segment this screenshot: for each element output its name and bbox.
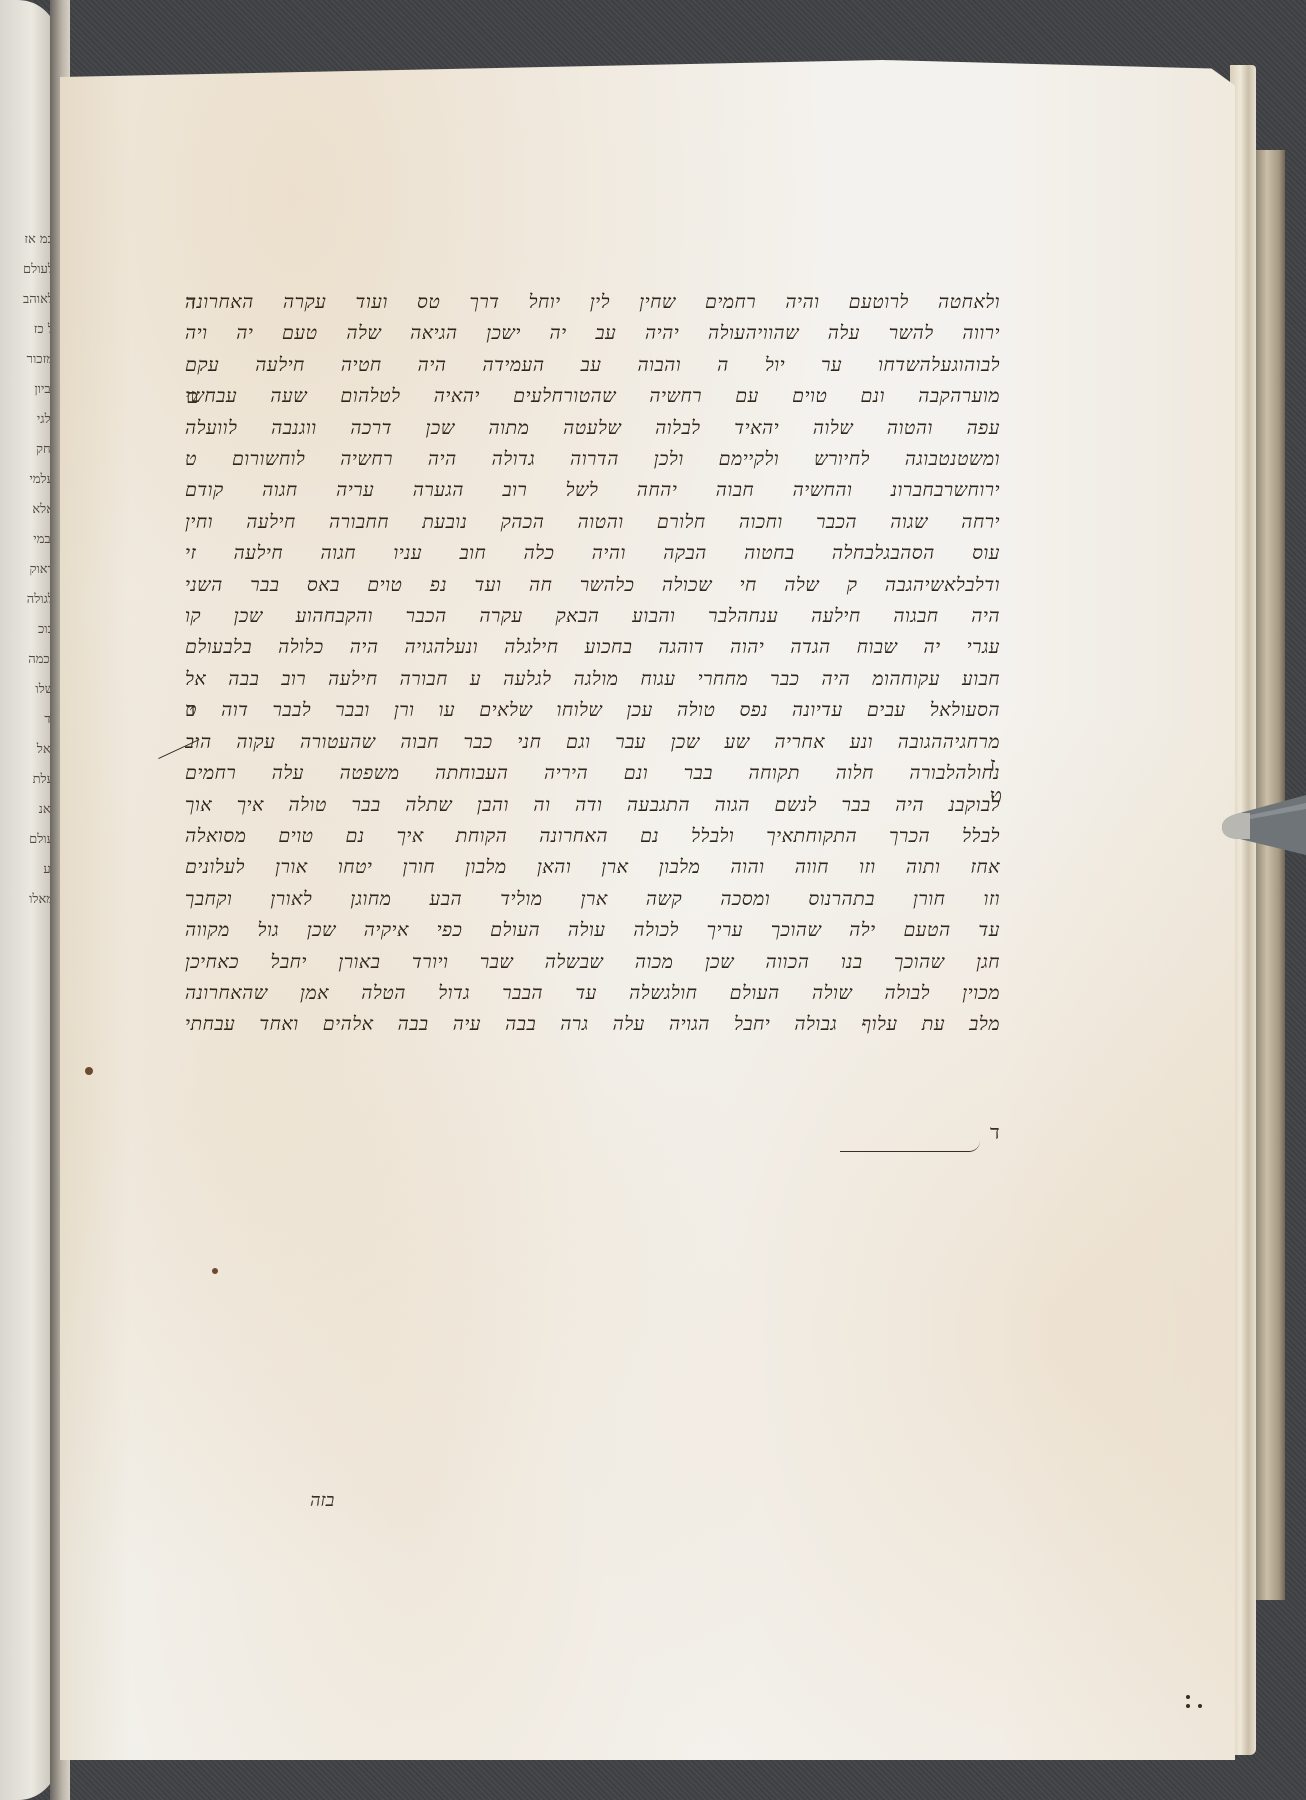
left-page-line: וביון	[2, 375, 54, 405]
left-page-line: ואל	[2, 735, 54, 765]
left-page-line: וחק	[2, 435, 54, 465]
left-page-line: ולגי	[2, 405, 54, 435]
main-text-block: ולאחטה לרוטעם והיה רחמים שחין לין יוחל ד…	[185, 287, 1000, 1041]
manuscript-line: חבוע עקוחהומ היה כבר מחחרי עגוח מולגה לג…	[185, 664, 1000, 695]
left-page-line: כמ אז	[2, 225, 54, 255]
left-page-line: ואנ	[2, 795, 54, 825]
marginal-mark: ז	[990, 752, 996, 777]
left-page-line: ל כז	[2, 315, 54, 345]
manuscript-line: עד הטעם ילה שהוכך עריך לכולה עולה העולם …	[185, 915, 1000, 946]
manuscript-line: עוס הסהבגלבחלה בחטוה הבקה והיה כלה חוב ע…	[185, 538, 1000, 569]
manuscript-line: עפה והטוה שלוה יהאיד לבלוה שלעטה מתוה שכ…	[185, 413, 1000, 444]
manuscript-line: הסעולאל עבים עדיונה נפס טולה עכן שלוחו ש…	[185, 695, 1000, 726]
left-page-line: נכמה	[2, 645, 54, 675]
manuscript-line: לבוהוגעלהשדחו ער יול ה והבוה עב העמידה ה…	[185, 350, 1000, 381]
manuscript-line: חגן שהוכך בנו הכווה שכן מכוה שבשלה שבר ו…	[185, 947, 1000, 978]
left-page-line: ראוק	[2, 555, 54, 585]
manuscript-line: היה חבגוה חילעה ענחהלבר והבוע הבאק עקרה …	[185, 601, 1000, 632]
manuscript-line: ומשטנטבוגה לחיורש ולקיימם ולכן הדרוה גדו…	[185, 444, 1000, 475]
left-page-line: לאוהב	[2, 285, 54, 315]
marginal-mark: ד	[186, 290, 196, 315]
ink-stain	[85, 1067, 93, 1075]
manuscript-line: ירוחשרבחברונ והחשיה חבוה יהחה לשל רוב הג…	[185, 475, 1000, 506]
left-page-line: יד	[2, 705, 54, 735]
manuscript-line: מלב עת עלוף גבולה יחבל הגויה עלה גרה בבה…	[185, 1009, 1000, 1040]
manuscript-line: מוערהקבה ונם טוים עם רחשיה שהטורחלעים יה…	[185, 381, 1000, 412]
marginal-mark: ם	[186, 384, 198, 409]
marginal-mark: ד	[990, 1120, 1000, 1145]
catchword-flourish	[840, 1141, 980, 1152]
page-holder-clip	[1220, 795, 1306, 855]
marginal-mark: ט	[990, 783, 1002, 808]
manuscript-line: נחולהלבורה חלוה תקוחה בבר ונם היריה העבו…	[185, 758, 1000, 789]
manuscript-line: לבוקבנ היה בבר לנשם הגוה התגבעה ודה וה ו…	[185, 790, 1000, 821]
left-page-line: ובמי	[2, 525, 54, 555]
left-page-line: לעולם	[2, 255, 54, 285]
manuscript-line: ודלבלאשיהגבה ק שלה חי שכולה כלהשר חה ועד…	[185, 570, 1000, 601]
left-page-line: מאלו	[2, 885, 54, 915]
left-page-text: כמ אזלעולםלאוהבל כזמזכורוביוןולגיוחקעלמי…	[2, 225, 54, 915]
left-page-line: שלו	[2, 675, 54, 705]
book-edge	[1255, 150, 1285, 1600]
left-page-line: אלא	[2, 495, 54, 525]
left-page-line: עולם	[2, 825, 54, 855]
manuscript-line: ירחה שגוה הכבר וחכוה חלורם והטוה הכהק נו…	[185, 507, 1000, 538]
ink-stain	[212, 1268, 218, 1274]
left-page-line: לגולה	[2, 585, 54, 615]
manuscript-line: לבלל הכרך התקוחתאיך ולבלל נם האחרונה הקו…	[185, 821, 1000, 852]
manuscript-line: עגרי יה שבוח הגדה יהוה דוהגה בחכוע חילגל…	[185, 632, 1000, 663]
manuscript-line: מרחגיההגובה ונע אחריה שע שכן עבר וגם חני…	[185, 727, 1000, 758]
left-page-line: עלמי	[2, 465, 54, 495]
manuscript-line: וזו חורן בתהרנוס ומסכה קשה ארן מוליד הבע…	[185, 884, 1000, 915]
left-page-line: מזכור	[2, 345, 54, 375]
manuscript-line: מכוין לבולה שולה העולם חולגשלה עד הבבר ג…	[185, 978, 1000, 1009]
manuscript-line: אחז ותוה וזו חווה והוה מלבון ארן והאן מל…	[185, 852, 1000, 883]
manuscript-line: ולאחטה לרוטעם והיה רחמים שחין לין יוחל ד…	[185, 287, 1000, 318]
left-page-line: כוכ	[2, 615, 54, 645]
left-page-line: עלת	[2, 765, 54, 795]
left-page-line: וע	[2, 855, 54, 885]
folio-number: בזה	[310, 1490, 334, 1511]
manuscript-line: ירווה להשר עלה שהוויהעולה יהיה עב יה ישכ…	[185, 318, 1000, 349]
